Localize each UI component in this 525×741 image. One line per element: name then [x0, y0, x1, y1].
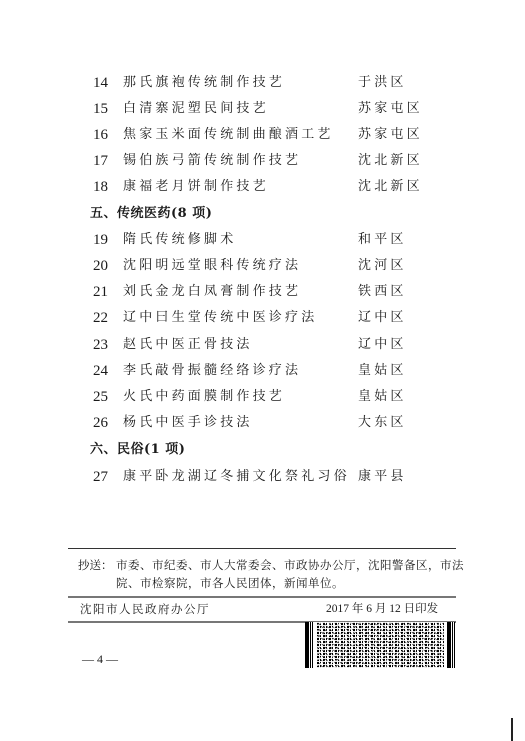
pdf417-barcode: [305, 622, 455, 668]
item-district: 皇姑区: [358, 386, 407, 408]
item-district: 于洪区: [358, 72, 407, 94]
item-district: 苏家屯区: [358, 98, 423, 120]
divider-middle: [68, 596, 456, 598]
item-number: 16: [93, 124, 108, 146]
item-name: 康平卧龙湖辽冬捕文化祭礼习俗: [123, 466, 350, 488]
section-heading-folk-customs: 六、民俗(1 项): [90, 439, 185, 461]
item-number: 18: [93, 176, 108, 198]
item-district: 皇姑区: [358, 360, 407, 382]
item-district: 沈北新区: [358, 150, 423, 172]
item-number: 23: [93, 334, 108, 356]
item-number: 15: [93, 98, 108, 120]
list-item: 26 杨氏中医手诊技法 大东区: [0, 412, 525, 434]
cc-label: 抄送：: [78, 556, 113, 574]
issuer: 沈阳市人民政府办公厅: [80, 600, 210, 618]
item-name: 辽中曰生堂传统中医诊疗法: [123, 307, 317, 329]
item-district: 和平区: [358, 229, 407, 251]
item-district: 辽中区: [358, 307, 407, 329]
list-item: 25 火氏中药面膜制作技艺 皇姑区: [0, 386, 525, 408]
item-number: 22: [93, 307, 108, 329]
item-name: 赵氏中医正骨技法: [123, 334, 253, 356]
list-item: 14 那氏旗袍传统制作技艺 于洪区: [0, 72, 525, 94]
list-item: 21 刘氏金龙白凤膏制作技艺 铁西区: [0, 281, 525, 303]
item-number: 25: [93, 386, 108, 408]
item-name: 焦家玉米面传统制曲酿酒工艺: [123, 124, 334, 146]
item-name: 白清寨泥塑民间技艺: [123, 98, 269, 120]
item-district: 康平县: [358, 466, 407, 488]
item-name: 那氏旗袍传统制作技艺: [123, 72, 285, 94]
crop-mark: [511, 718, 513, 741]
item-number: 24: [93, 360, 108, 382]
list-item: 24 李氏敲骨振髓经络诊疗法 皇姑区: [0, 360, 525, 382]
item-name: 杨氏中医手诊技法: [123, 412, 253, 434]
item-district: 大东区: [358, 412, 407, 434]
item-name: 隋氏传统修脚术: [123, 229, 236, 251]
item-name: 李氏敲骨振髓经络诊疗法: [123, 360, 301, 382]
divider-top: [68, 548, 456, 549]
item-name: 锡伯族弓箭传统制作技艺: [123, 150, 301, 172]
item-district: 铁西区: [358, 281, 407, 303]
list-item: 23 赵氏中医正骨技法 辽中区: [0, 334, 525, 356]
list-item: 20 沈阳明远堂眼科传统疗法 沈河区: [0, 255, 525, 277]
item-district: 沈北新区: [358, 176, 423, 198]
item-name: 刘氏金龙白凤膏制作技艺: [123, 281, 301, 303]
section-heading-traditional-medicine: 五、传统医药(8 项): [90, 203, 212, 225]
item-number: 26: [93, 412, 108, 434]
list-item: 17 锡伯族弓箭传统制作技艺 沈北新区: [0, 150, 525, 172]
list-item: 15 白清寨泥塑民间技艺 苏家屯区: [0, 98, 525, 120]
list-item: 16 焦家玉米面传统制曲酿酒工艺 苏家屯区: [0, 124, 525, 146]
item-number: 20: [93, 255, 108, 277]
item-number: 27: [93, 466, 108, 488]
list-item: 18 康福老月饼制作技艺 沈北新区: [0, 176, 525, 198]
item-number: 21: [93, 281, 108, 303]
list-item: 22 辽中曰生堂传统中医诊疗法 辽中区: [0, 307, 525, 329]
cc-line-2: 院、市检察院，市各人民团体，新闻单位。: [116, 574, 344, 592]
item-name: 沈阳明远堂眼科传统疗法: [123, 255, 301, 277]
list-item: 27 康平卧龙湖辽冬捕文化祭礼习俗 康平县: [0, 466, 525, 488]
list-item: 19 隋氏传统修脚术 和平区: [0, 229, 525, 251]
page-number: — 4 —: [82, 652, 118, 667]
cc-line-1: 市委、市纪委、市人大常委会、市政协办公厅，沈阳警备区，市法: [116, 556, 464, 574]
item-district: 辽中区: [358, 334, 407, 356]
item-name: 火氏中药面膜制作技艺: [123, 386, 285, 408]
item-number: 17: [93, 150, 108, 172]
issue-date: 2017 年 6 月 12 日印发: [326, 600, 438, 618]
item-number: 19: [93, 229, 108, 251]
item-district: 苏家屯区: [358, 124, 423, 146]
item-name: 康福老月饼制作技艺: [123, 176, 269, 198]
barcode-data-area: [317, 622, 444, 668]
item-district: 沈河区: [358, 255, 407, 277]
item-number: 14: [93, 72, 108, 94]
